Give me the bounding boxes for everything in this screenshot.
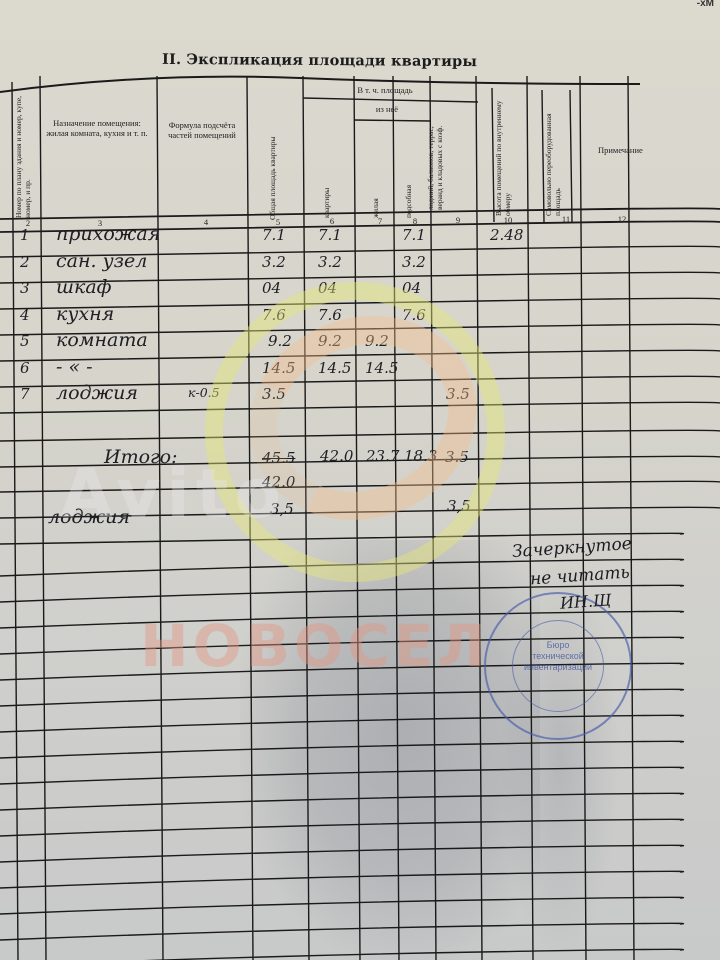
loggia-line-loggia: 3,5 — [447, 497, 471, 515]
column-number: 4 — [196, 217, 216, 227]
row-7-num: 7 — [20, 385, 30, 403]
row-7-name: лоджия — [56, 382, 138, 404]
stamp-line: инвентаризации — [510, 662, 606, 673]
column-number: 10 — [498, 215, 518, 225]
row-6-num: 6 — [20, 359, 30, 377]
signature: ИН.Щ — [559, 590, 611, 613]
avito-text-watermark: Avito — [60, 455, 287, 534]
row-3-name: шкаф — [56, 276, 112, 298]
header-living: жилая — [371, 168, 383, 218]
row-5-name: комната — [56, 329, 148, 351]
row-1-total: 7.1 — [262, 226, 286, 244]
row-7-formula: к-0.5 — [188, 385, 220, 400]
row-3-total: 04 — [262, 279, 281, 297]
column-number: 12 — [612, 214, 632, 224]
column-number: 8 — [405, 216, 425, 226]
row-3-utility: 04 — [402, 279, 421, 297]
row-6-name: - « - — [56, 356, 93, 378]
row-3-num: 3 — [20, 279, 30, 297]
stamp-line: технической — [510, 651, 606, 662]
novosel-watermark: НОВОСЕЛ — [140, 612, 490, 680]
row-2-apartment: 3.2 — [318, 253, 342, 271]
stamp-center-text: Бюро технической инвентаризации — [510, 640, 606, 673]
header-room-height: Высота помещений по внутреннему обмеру — [494, 92, 524, 216]
row-2-name: сан. узел — [56, 250, 147, 272]
row-4-num: 4 — [20, 306, 30, 324]
header-apartment: квартиры — [322, 150, 334, 218]
header-utility: подсобная — [404, 150, 416, 218]
row-1-apartment: 7.1 — [318, 226, 342, 244]
row-5-num: 5 — [20, 332, 30, 350]
column-number: 11 — [556, 214, 576, 224]
row-2-num: 2 — [20, 253, 30, 271]
header-room-purpose: Назначение помещения: жилая комната, кух… — [42, 118, 152, 138]
header-room-number: Номер по плану здания и номер, купе, ном… — [14, 90, 36, 218]
header-unauthorized-area: Самовольно переоборудованная площадь — [544, 112, 574, 216]
row-2-utility: 3.2 — [402, 253, 426, 271]
row-3-apartment: 04 — [318, 279, 337, 297]
row-4-name: кухня — [56, 303, 114, 325]
header-notes: Примечание — [598, 145, 668, 155]
row-1-num: 1 — [20, 226, 30, 244]
row-1-utility: 7.1 — [402, 226, 426, 244]
stamp-line: Бюро — [510, 640, 606, 651]
header-of-which: из неё — [352, 104, 422, 114]
header-loggias: лоджий, балконов, террас, веранд и кладо… — [426, 110, 466, 210]
header-formula: Формула подсчёта частей помещений — [160, 120, 244, 140]
row-1-name: прихожая — [56, 223, 160, 245]
header-including-area: В т. ч. площадь — [305, 85, 465, 95]
row-2-total: 3.2 — [262, 253, 286, 271]
column-number: 7 — [370, 216, 390, 226]
document-page: -xM II. Экспликация площади квартиры Ном… — [0, 0, 720, 960]
row-1-height: 2.48 — [490, 226, 523, 244]
column-number: 9 — [448, 215, 468, 225]
row-4-total: 7.6 — [262, 306, 286, 324]
header-total-area: Общая площадь квартиры — [268, 86, 280, 220]
column-number: 6 — [322, 216, 342, 226]
